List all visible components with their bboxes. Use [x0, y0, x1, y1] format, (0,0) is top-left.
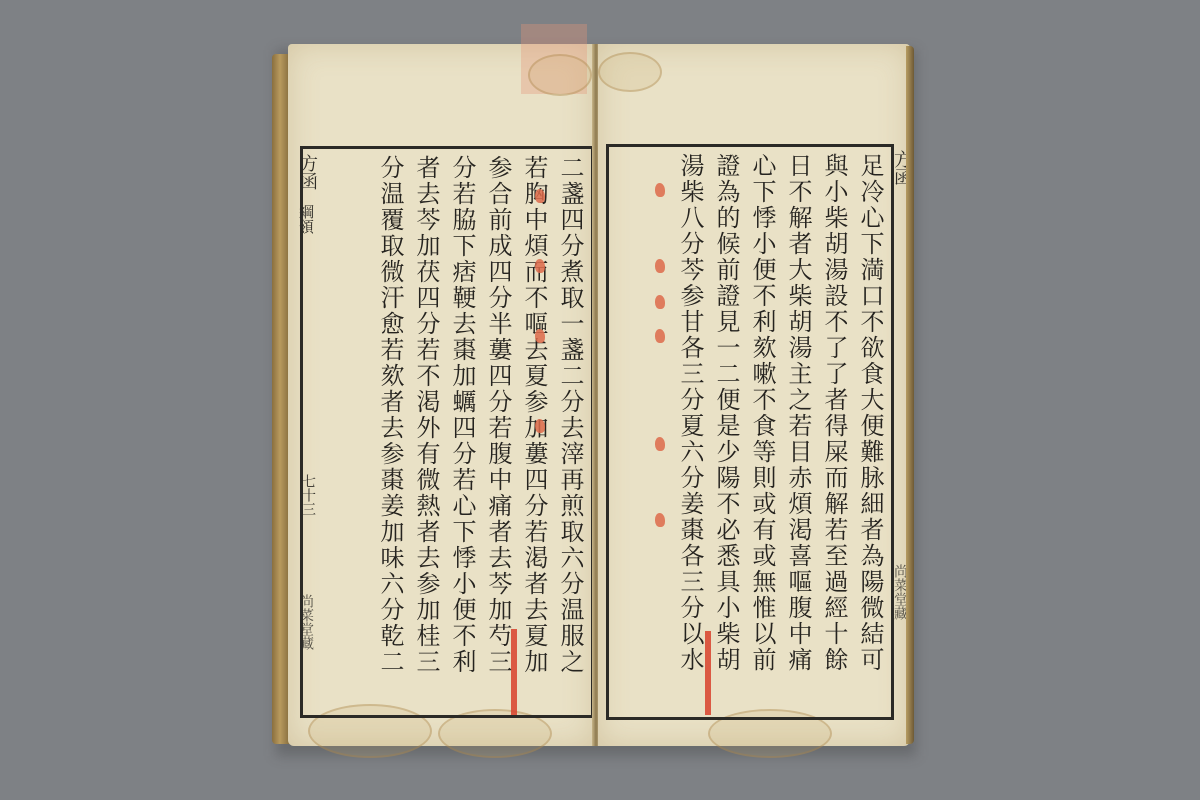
red-annotation-mark — [655, 183, 665, 197]
text-column: 證為的候前證見一二便是少陽不必悉具小柴胡 — [707, 153, 743, 711]
red-annotation-line — [511, 629, 517, 715]
right-text-frame: 足冷心下満口不欲食大便難脉細者為陽微結可 與小柴胡湯設不了了者得屎而解若至過經十… — [606, 144, 894, 720]
red-annotation-mark — [655, 513, 665, 527]
red-annotation-mark — [655, 329, 665, 343]
red-annotation-mark — [655, 259, 665, 273]
text-column: 與小柴胡湯設不了了者得屎而解若至過經十餘 — [815, 153, 851, 711]
red-annotation-mark — [655, 437, 665, 451]
text-column: 若胸中煩而不嘔去夏参加蔞四分若渇者去夏加 — [515, 155, 551, 709]
water-stain — [598, 52, 662, 92]
text-column: 湯柴八分芩参甘各三分夏六分姜棗各三分以水 — [671, 153, 707, 711]
page-stack-edge-right — [906, 46, 914, 744]
open-book: 方函 綱領 七十三 尚菜堂藏 二盞四分煮取一盞二分去滓再煎取六分温服之 若胸中煩… — [270, 42, 912, 750]
water-stain — [528, 54, 592, 96]
left-text-columns: 二盞四分煮取一盞二分去滓再煎取六分温服之 若胸中煩而不嘔去夏参加蔞四分若渇者去夏… — [371, 155, 587, 709]
text-column: 分温覆取微汗愈若欬者去参棗姜加味六分乾二 — [371, 155, 407, 709]
red-annotation-mark — [535, 419, 545, 433]
red-annotation-mark — [655, 295, 665, 309]
red-annotation-mark — [535, 329, 545, 343]
left-text-frame: 二盞四分煮取一盞二分去滓再煎取六分温服之 若胸中煩而不嘔去夏参加蔞四分若渇者去夏… — [300, 146, 594, 718]
text-column: 参合前成四分半蔞四分若腹中痛者去芩加芍三 — [479, 155, 515, 709]
red-annotation-mark — [535, 259, 545, 273]
text-column: 分若脇下痞鞕去棗加蠣四分若心下悸小便不利 — [443, 155, 479, 709]
right-page: 足冷心下満口不欲食大便難脉細者為陽微結可 與小柴胡湯設不了了者得屎而解若至過經十… — [598, 44, 910, 746]
text-column: 足冷心下満口不欲食大便難脉細者為陽微結可 — [851, 153, 887, 711]
left-page: 方函 綱領 七十三 尚菜堂藏 二盞四分煮取一盞二分去滓再煎取六分温服之 若胸中煩… — [288, 44, 594, 746]
text-column: 心下悸小便不利欬嗽不食等則或有或無惟以前 — [743, 153, 779, 711]
text-column: 二盞四分煮取一盞二分去滓再煎取六分温服之 — [551, 155, 587, 709]
red-annotation-line — [705, 631, 711, 715]
red-annotation-mark — [535, 189, 545, 203]
text-column: 日不解者大柴胡湯主之若目赤煩渇喜嘔腹中痛 — [779, 153, 815, 711]
right-text-columns: 足冷心下満口不欲食大便難脉細者為陽微結可 與小柴胡湯設不了了者得屎而解若至過經十… — [671, 153, 887, 711]
text-column: 者去芩加茯四分若不渇外有微熱者去参加桂三 — [407, 155, 443, 709]
